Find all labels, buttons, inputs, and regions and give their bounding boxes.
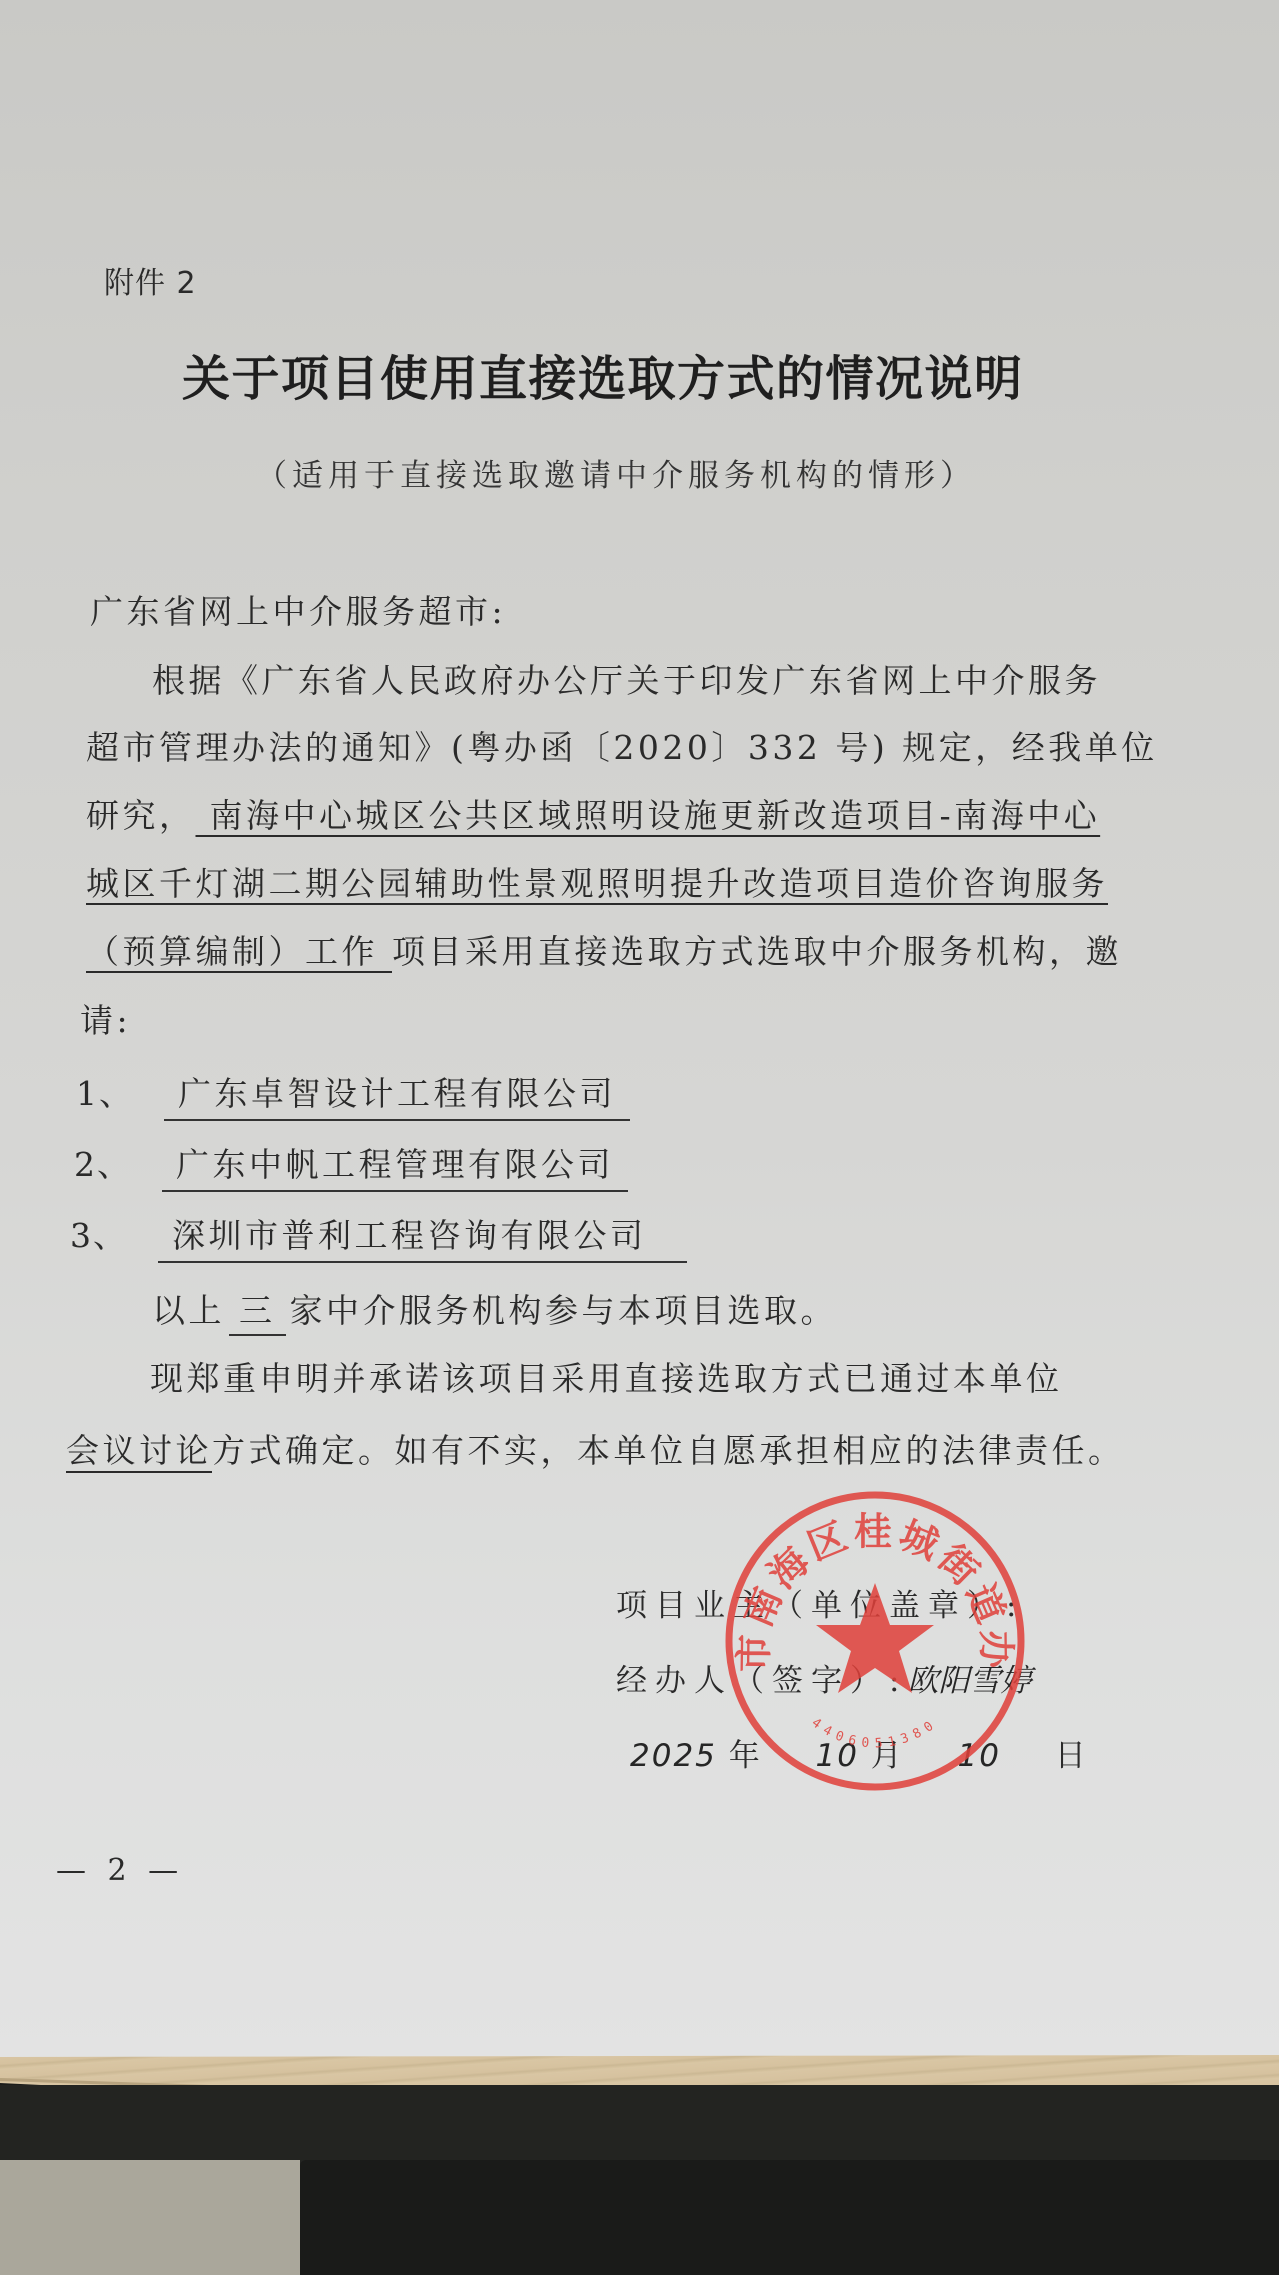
agency-list-item: 1、广东卓智设计工程有限公司 [76,1068,630,1121]
body-line-6: 请: [80,995,131,1042]
agency-number: 3、 [70,1216,128,1255]
body-line-5-suffix: 项目采用直接选取方式选取中介服务机构，邀 [392,932,1122,971]
date-day: 10 [958,1738,1001,1774]
cabinet-rail [300,2160,1279,2275]
document-title: 关于项目使用直接选取方式的情况说明 [182,340,1024,409]
project-name-part-3: （预算编制）工作 [86,932,392,971]
body-line-1: 根据《广东省人民政府办公厅关于印发广东省网上中介服务 [152,655,1101,702]
signing-date: 2025 年 10 月 10 日 [630,1730,1088,1775]
agency-count: 三 [229,1285,286,1336]
salutation: 广东省网上中介服务超市: [90,586,506,633]
declaration-line-1: 现郑重申明并承诺该项目采用直接选取方式已通过本单位 [150,1353,1063,1400]
body-line-3: 研究， 南海中心城区公共区域照明设施更新改造项目-南海中心 [86,790,1100,837]
agency-name: 广东中帆工程管理有限公司 [162,1139,628,1192]
agency-name: 广东卓智设计工程有限公司 [164,1068,630,1121]
decision-method: 会议讨论 [66,1431,212,1470]
summary-prefix: 以上 [152,1291,225,1330]
handler-row: 经办人（签字）:欧阳雪婷 [616,1655,1031,1700]
body-line-4: 城区千灯湖二期公园辅助性景观照明提升改造项目造价咨询服务 [86,858,1108,905]
date-month-label: 月 [871,1738,904,1774]
agency-list-item: 2、广东中帆工程管理有限公司 [74,1139,628,1192]
project-name-part-1: 南海中心城区公共区域照明设施更新改造项目-南海中心 [196,796,1101,835]
agency-number: 1、 [76,1074,134,1113]
declaration-line-2-suffix: 方式确定。如有不实，本单位自愿承担相应的法律责任。 [212,1431,1125,1470]
project-owner-label: 项目业主（单位盖章）: [616,1580,1024,1625]
date-year-label: 年 [729,1738,762,1774]
handler-label: 经办人（签字）: [616,1663,907,1699]
handler-signature: 欧阳雪婷 [907,1663,1031,1699]
attachment-label: 附件 2 [104,258,197,302]
agency-number: 2、 [74,1145,132,1184]
agency-summary: 以上三家中介服务机构参与本项目选取。 [152,1285,837,1336]
agency-list-item: 3、深圳市普利工程咨询有限公司 [70,1210,687,1263]
cabinet-panel [0,2160,300,2275]
body-line-5: （预算编制）工作 项目采用直接选取方式选取中介服务机构，邀 [86,926,1122,973]
date-day-label: 日 [1055,1738,1088,1774]
project-name-part-2: 城区千灯湖二期公园辅助性景观照明提升改造项目造价咨询服务 [86,864,1108,903]
summary-suffix: 家中介服务机构参与本项目选取。 [290,1291,838,1330]
body-line-3-prefix: 研究， [86,796,196,835]
agency-name: 深圳市普利工程咨询有限公司 [158,1210,687,1263]
date-month: 10 [815,1738,858,1774]
page-number: — 2 — [56,1853,184,1888]
body-line-2: 超市管理办法的通知》(粤办函〔2020〕332 号) 规定，经我单位 [86,722,1158,769]
date-year: 2025 [630,1738,717,1774]
declaration-line-2: 会议讨论方式确定。如有不实，本单位自愿承担相应的法律责任。 [66,1425,1125,1472]
document-subtitle: （适用于直接选取邀请中介服务机构的情形） [256,450,976,495]
